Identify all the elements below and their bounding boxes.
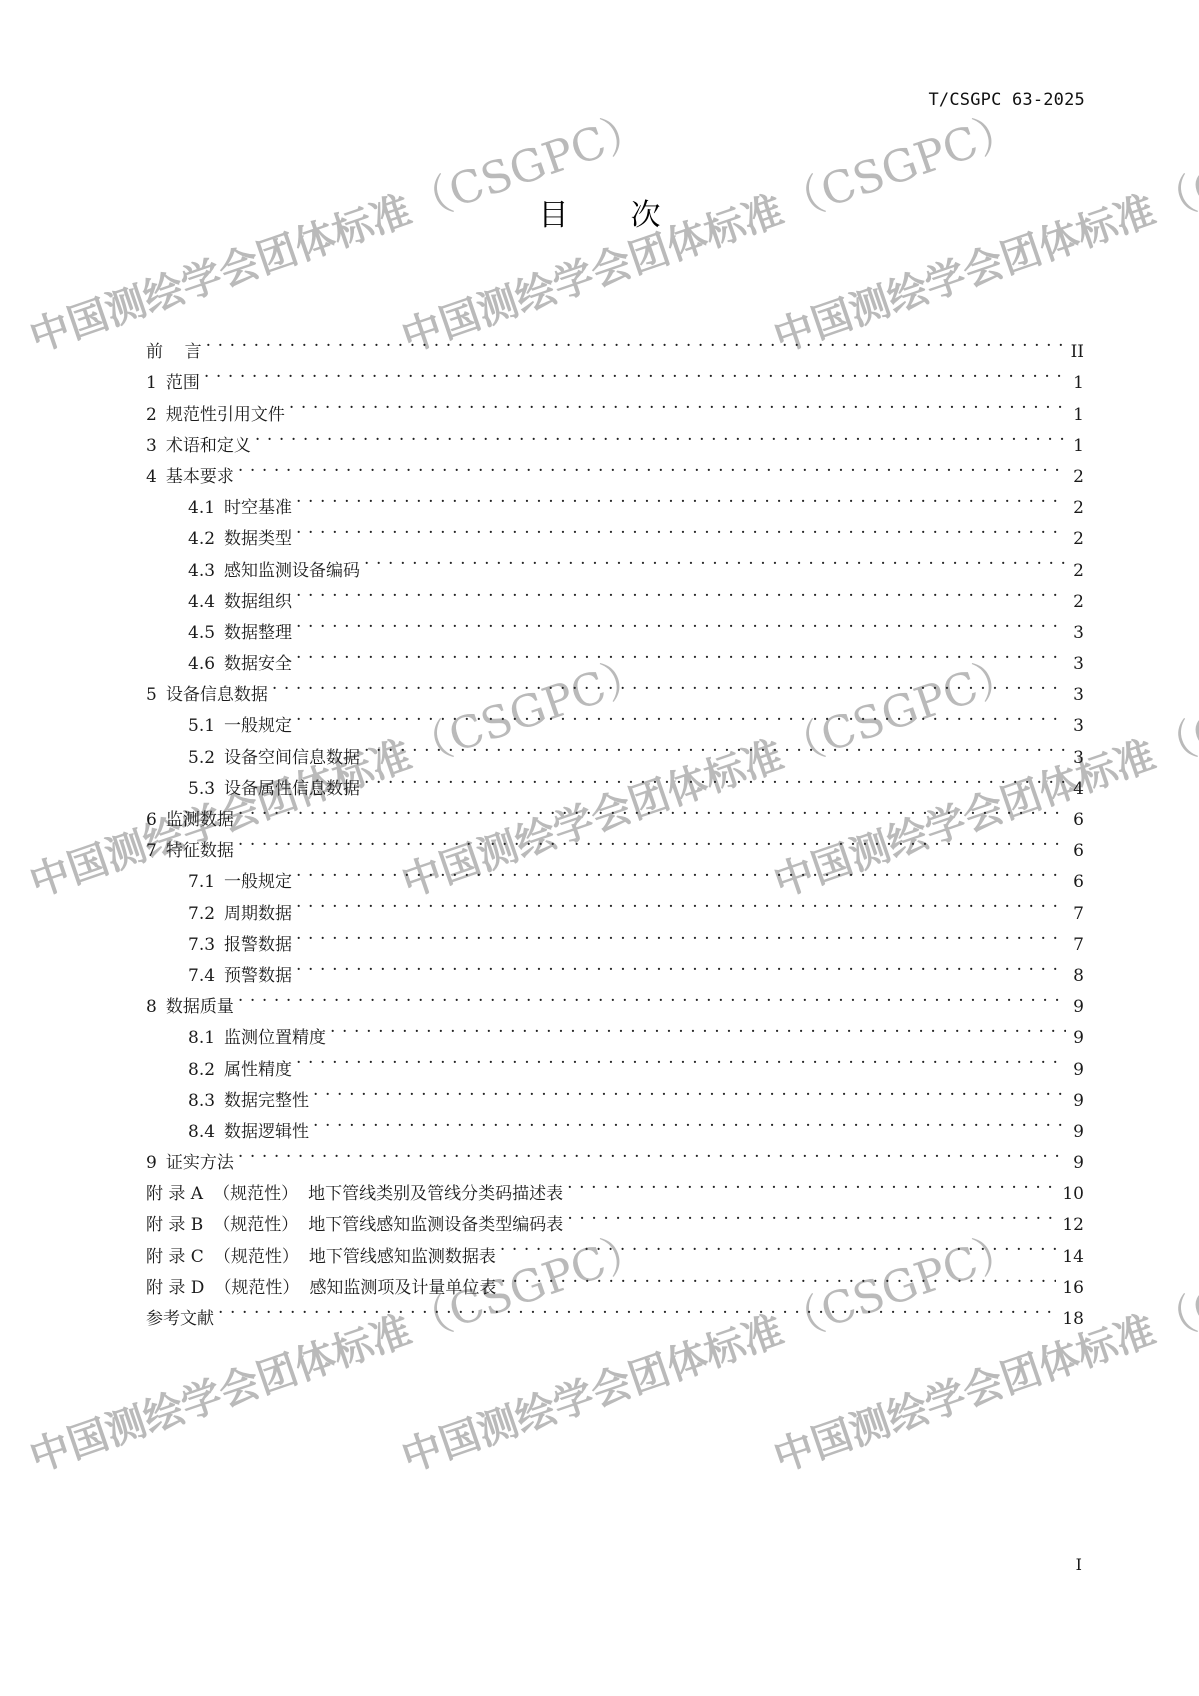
toc-leader-dots [272,669,1066,700]
toc-leader-dots [500,1230,1057,1261]
appendix-prefix: 附 录 B [146,1215,203,1235]
toc-entry-number: 5 [146,685,157,705]
toc-entry-number: 6 [146,810,157,830]
toc-leader-dots [296,482,1066,513]
toc-entry-number: 4.2 [188,529,215,549]
toc-page-number: 2 [1072,587,1084,618]
toc-entry-number: 1 [146,373,157,393]
toc-entry-label: 前 言 [146,337,202,368]
toc-entry[interactable]: 9证实方法 9 [146,1137,1084,1168]
document-code: T/CSGPC 63-2025 [928,90,1085,110]
toc-leader-dots [567,1199,1056,1230]
toc-entry-number: 8.2 [188,1060,215,1080]
toc-entry-number: 4.5 [188,623,215,643]
toc-entry-label: 周期数据 [224,904,292,924]
toc-leader-dots [296,856,1066,887]
toc-entry-label: 特征数据 [166,841,234,861]
toc-entry[interactable]: 4基本要求 2 [146,451,1084,482]
toc-leader-dots [206,326,1065,357]
toc-subentry[interactable]: 5.1一般规定 3 [146,700,1084,731]
toc-entry-label: 数据完整性 [224,1091,309,1111]
appendix-type: （规范性） [213,1215,298,1235]
toc-entry[interactable]: 3术语和定义 1 [146,420,1084,451]
toc-leader-dots [296,638,1066,669]
toc-page-number: 16 [1062,1273,1084,1304]
toc-leader-dots [238,825,1066,856]
toc-entry-number: 7.2 [188,904,215,924]
toc-subentry[interactable]: 7.1一般规定 6 [146,856,1084,887]
toc-page-number: 9 [1072,992,1084,1023]
toc-entry-number: 4.1 [188,498,215,518]
toc-entry[interactable]: 5设备信息数据 3 [146,669,1084,700]
toc-entry-number: 7.4 [188,966,215,986]
toc-page-number: 3 [1072,649,1084,680]
appendix-type: （规范性） [213,1184,298,1204]
toc-leader-dots [296,607,1066,638]
toc-page-number: 2 [1072,493,1084,524]
toc-page-number: 14 [1062,1242,1084,1273]
toc-page-number: 10 [1062,1179,1084,1210]
toc-page-number: 6 [1072,867,1084,898]
toc-page-number: 1 [1072,368,1084,399]
toc-leader-dots [204,357,1066,388]
toc-entry-label: 证实方法 [166,1153,234,1173]
toc-entry-label: 一般规定 [224,872,292,892]
toc-page-number: 9 [1072,1055,1084,1086]
toc-entry-number: 5.1 [188,716,215,736]
toc-leader-dots [567,1168,1056,1199]
toc-page-number: 3 [1072,680,1084,711]
toc-leader-dots [238,1137,1066,1168]
toc-entry[interactable]: 1范围 1 [146,357,1084,388]
toc-leader-dots [238,981,1066,1012]
toc-entry-label: 设备信息数据 [166,685,268,705]
toc-entry-label: 设备空间信息数据 [224,748,360,768]
toc-page-number: 3 [1072,711,1084,742]
toc-entry-number: 3 [146,436,157,456]
toc-entry-number: 7 [146,841,157,861]
toc-entry-label: 范围 [166,373,200,393]
toc-entry-references[interactable]: 参考文献 18 [146,1293,1084,1324]
toc-leader-dots [289,388,1066,419]
appendix-type: （规范性） [214,1247,299,1267]
toc-page-number: 7 [1072,899,1084,930]
page-title: 目次 [0,190,1199,234]
toc-entry-number: 4.6 [188,654,215,674]
toc-page-number: 12 [1062,1210,1084,1241]
toc-entry[interactable]: 6监测数据 6 [146,794,1084,825]
toc-page-number: 7 [1072,930,1084,961]
toc-entry[interactable]: 7特征数据 6 [146,825,1084,856]
toc-page-number: 2 [1072,524,1084,555]
title-char: 次 [631,190,661,234]
toc-page-number: 6 [1072,836,1084,867]
toc-leader-dots [500,1262,1056,1293]
toc-entry-number: 8 [146,997,157,1017]
toc-entry-label: 报警数据 [224,935,292,955]
toc-page-number: 3 [1072,618,1084,649]
toc-leader-dots [296,950,1066,981]
toc-entry-label: 参考文献 [146,1304,214,1335]
toc-leader-dots [364,763,1066,794]
toc-leader-dots [238,451,1066,482]
toc-subentry[interactable]: 8.1监测位置精度 9 [146,1012,1084,1043]
toc-entry-number: 7.3 [188,935,215,955]
toc-leader-dots [330,1012,1066,1043]
toc-entry-number: 4.3 [188,561,215,581]
toc-page-number: 9 [1072,1117,1084,1148]
toc-appendix-entry[interactable]: 附 录 A（规范性）地下管线类别及管线分类码描述表 10 [146,1168,1084,1199]
toc-entry-number: 8.3 [188,1091,215,1111]
toc-page-number: 1 [1072,400,1084,431]
toc-page-number: 1 [1072,431,1084,462]
appendix-prefix: 附 录 D [146,1278,204,1298]
toc-entry-label: 时空基准 [224,498,292,518]
appendix-title: 地下管线感知监测数据表 [309,1247,496,1267]
toc-entry-label: 数据质量 [166,997,234,1017]
toc-entry-number: 9 [146,1153,157,1173]
toc-entry-label: 数据整理 [224,623,292,643]
toc-leader-dots [296,1043,1066,1074]
toc-leader-dots [364,731,1066,762]
toc-leader-dots [364,544,1066,575]
toc-page-number: 9 [1072,1086,1084,1117]
toc-entry-label: 数据类型 [224,529,292,549]
toc-leader-dots [296,700,1066,731]
toc-page-number: II [1071,337,1084,368]
toc-page-number: 2 [1072,462,1084,493]
toc-entry-label: 数据组织 [224,592,292,612]
toc-subentry[interactable]: 4.1时空基准 2 [146,482,1084,513]
toc-entry-label: 监测数据 [166,810,234,830]
toc-entry-label: 一般规定 [224,716,292,736]
toc-entry-number: 2 [146,405,157,425]
appendix-title: 地下管线类别及管线分类码描述表 [308,1184,563,1204]
toc-page-number: 6 [1072,805,1084,836]
toc-leader-dots [313,1106,1066,1137]
table-of-contents: 前 言 II 1范围 1 2规范性引用文件 1 3术语和定义 1 4基本要求 2… [146,326,1084,1324]
document-page: 中国测绘学会团体标准（CSGPC） 中国测绘学会团体标准（CSGPC） 中国测绘… [0,0,1199,1696]
title-char: 目 [539,190,569,234]
toc-entry-number: 5.3 [188,779,215,799]
toc-page-number: 3 [1072,743,1084,774]
toc-page-number: 9 [1072,1023,1084,1054]
toc-entry-preface[interactable]: 前 言 II [146,326,1084,357]
toc-leader-dots [296,513,1066,544]
toc-entry-number: 4 [146,467,157,487]
toc-entry-number: 7.1 [188,872,215,892]
toc-entry[interactable]: 8数据质量 9 [146,981,1084,1012]
appendix-prefix: 附 录 C [146,1247,204,1267]
toc-page-number: 4 [1072,774,1084,805]
toc-entry-number: 5.2 [188,748,215,768]
toc-entry[interactable]: 2规范性引用文件 1 [146,388,1084,419]
toc-leader-dots [296,887,1066,918]
toc-page-number: 2 [1072,556,1084,587]
footer-page-number: I [1076,1555,1082,1574]
toc-leader-dots [296,576,1066,607]
toc-page-number: 18 [1062,1304,1084,1335]
toc-leader-dots [255,420,1066,451]
toc-page-number: 8 [1072,961,1084,992]
toc-entry-number: 4.4 [188,592,215,612]
toc-leader-dots [218,1293,1056,1324]
toc-page-number: 9 [1072,1148,1084,1179]
toc-entry-number: 8.4 [188,1122,215,1142]
appendix-prefix: 附 录 A [146,1184,203,1204]
toc-entry-number: 8.1 [188,1028,215,1048]
toc-leader-dots [238,794,1066,825]
toc-leader-dots [313,1075,1066,1106]
toc-entry-label: 基本要求 [166,467,234,487]
toc-entry-label: 属性精度 [224,1060,292,1080]
toc-leader-dots [296,919,1066,950]
